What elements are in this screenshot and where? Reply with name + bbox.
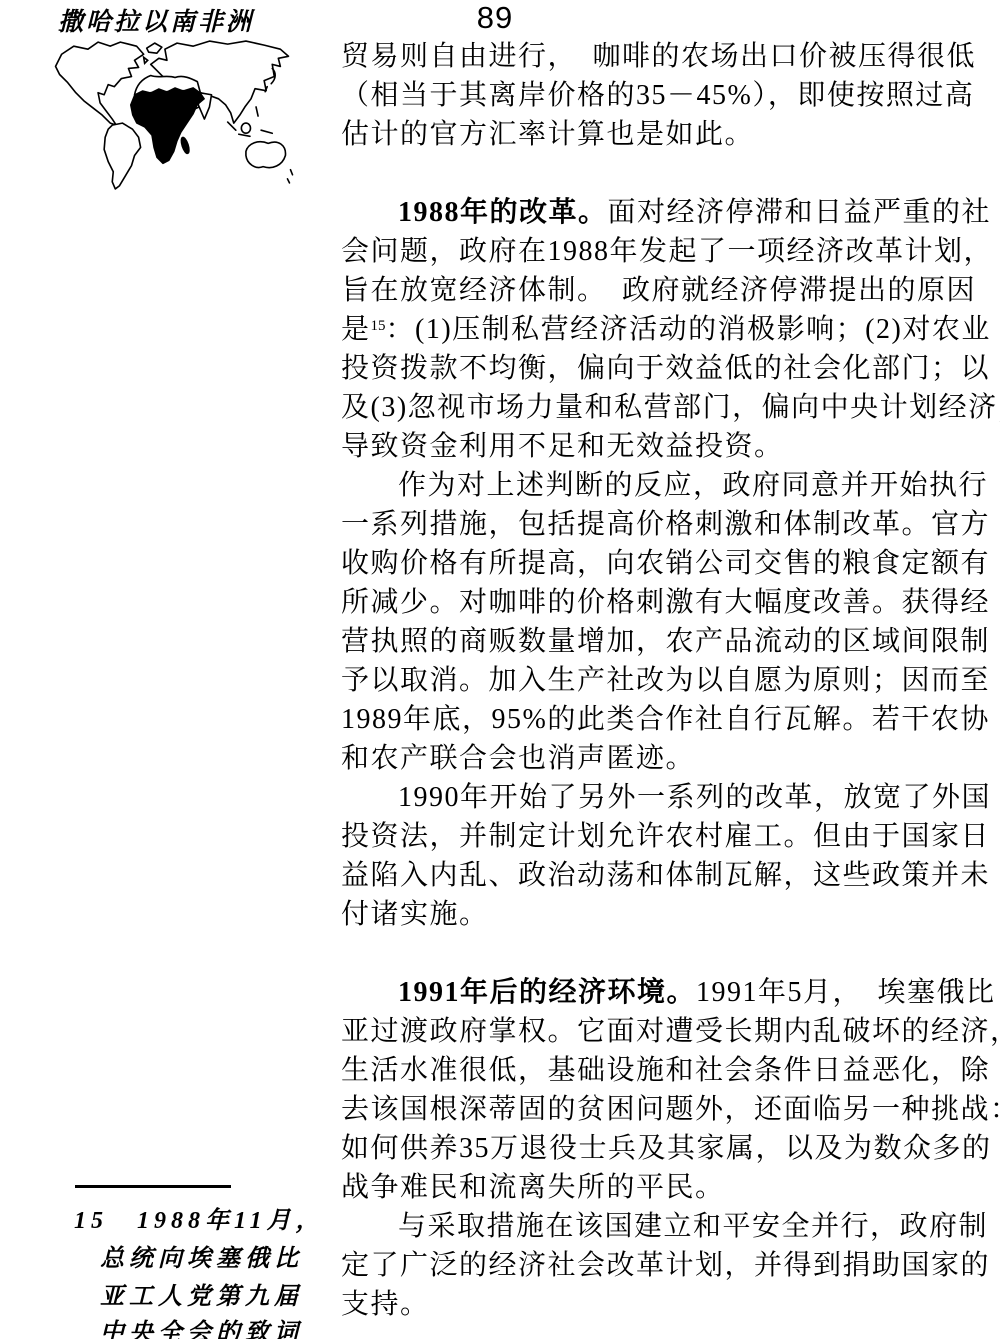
scanned-book-page: 撒哈拉以南非洲 (0, 0, 1000, 1339)
text-segment: 贸易则自由进行， 咖啡的农场出口价被压得很低 (341, 41, 976, 72)
section-heading: 1988年的改革。 (398, 197, 608, 228)
text-segment: 收购价格有所提高，向农销公司交售的粮食定额有 (341, 548, 990, 579)
text-line: 付诸实施。 (341, 895, 996, 934)
text-segment: 营执照的商贩数量增加，农产品流动的区域间限制 (341, 626, 990, 657)
borneo-outline (241, 123, 250, 133)
text-line: 作为对上述判断的反应，政府同意并开始执行 (341, 466, 996, 505)
text-line: 估计的官方汇率计算也是如此。 (341, 115, 996, 154)
section-heading: 1991年后的经济环境。 (398, 977, 696, 1008)
text-segment: 益陷入内乱、政治动荡和体制瓦解，这些政策并未 (341, 860, 990, 891)
text-line: 旨在放宽经济体制。 政府就经济停滞提出的原因 (341, 271, 996, 310)
text-line: 定了广泛的经济社会改革计划，并得到捐助国家的 (341, 1246, 996, 1285)
text-segment: 及(3)忽视市场力量和私营部门，偏向中央计划经济， (341, 392, 1000, 423)
footnote-separator (75, 1185, 231, 1188)
text-line: 和农产联合会也消声匿迹。 (341, 739, 996, 778)
text-line: 益陷入内乱、政治动荡和体制瓦解，这些政策并未 (341, 856, 996, 895)
main-text-lines: 贸易则自由进行， 咖啡的农场出口价被压得很低（相当于其离岸价格的35－45%），… (341, 37, 996, 1324)
text-line: 战争难民和流离失所的平民。 (341, 1168, 996, 1207)
text-segment: 所减少。对咖啡的价格刺激有大幅度改善。获得经 (341, 587, 990, 618)
text-line: 予以取消。加入生产社改为以自愿为原则；因而至 (341, 661, 996, 700)
footnote-line: 中央全会的致词 (100, 1312, 303, 1339)
text-line: 投资法，并制定计划允许农村雇工。但由于国家日 (341, 817, 996, 856)
text-line: 如何供养35万退役士兵及其家属，以及为数众多的 (341, 1129, 996, 1168)
text-segment: 亚过渡政府掌权。它面对遭受长期内乱破坏的经济， (341, 1016, 1000, 1047)
text-segment: ：(1)压制私营经济活动的消极影响；(2)对农业 (386, 314, 991, 345)
new-zealand-outline (287, 170, 292, 183)
text-line: 营执照的商贩数量增加，农产品流动的区域间限制 (341, 622, 996, 661)
world-map-svg (44, 34, 300, 194)
greenland-outline (147, 43, 162, 53)
text-segment: 投资拨款不均衡，偏向于效益低的社会化部门；以 (341, 353, 990, 384)
philippines-outline (256, 107, 258, 116)
text-line: 一系列措施，包括提高价格刺激和体制改革。官方 (341, 505, 996, 544)
region-title: 撒哈拉以南非洲 (58, 2, 254, 38)
text-segment: 估计的官方汇率计算也是如此。 (341, 119, 754, 150)
text-line: 与采取措施在该国建立和平安全并行，政府制 (341, 1207, 996, 1246)
text-segment: 去该国根深蒂固的贫困问题外，还面临另一种挑战： (341, 1094, 1000, 1125)
text-line: 1991年后的经济环境。1991年5月， 埃塞俄比 (341, 973, 996, 1012)
text-segment: 是 (341, 314, 371, 345)
text-line: 是15：(1)压制私营经济活动的消极影响；(2)对农业 (341, 310, 996, 349)
text-line: 会问题，政府在1988年发起了一项经济改革计划， (341, 232, 996, 271)
text-segment: 一系列措施，包括提高价格刺激和体制改革。官方 (341, 509, 990, 540)
footnote-line: 总统向埃塞俄比 (100, 1238, 303, 1273)
text-line: 支持。 (341, 1285, 996, 1324)
text-segment: 导致资金利用不足和无效益投资。 (341, 431, 784, 462)
madagascar-filled (179, 136, 190, 154)
sub-saharan-africa-filled (130, 88, 204, 164)
text-segment: 支持。 (341, 1289, 430, 1320)
text-segment: （相当于其离岸价格的35－45%），即使按照过高 (341, 80, 974, 111)
australia-outline (246, 142, 286, 168)
world-map-image (44, 34, 300, 194)
main-text-column: 贸易则自由进行， 咖啡的农场出口价被压得很低（相当于其离岸价格的35－45%），… (341, 37, 996, 1324)
text-segment: 1991年5月， 埃塞俄比 (696, 977, 996, 1008)
text-segment: 面对经济停滞和日益严重的社 (608, 197, 992, 228)
north-america-outline (56, 42, 144, 125)
page-number: 89 (430, 0, 560, 36)
text-line: 贸易则自由进行， 咖啡的农场出口价被压得很低 (341, 37, 996, 76)
text-line: 亚过渡政府掌权。它面对遭受长期内乱破坏的经济， (341, 1012, 996, 1051)
uk-outline (144, 57, 148, 63)
text-segment: 和农产联合会也消声匿迹。 (341, 743, 695, 774)
footnote-line: 亚工人党第九届 (100, 1276, 303, 1311)
text-line: （相当于其离岸价格的35－45%），即使按照过高 (341, 76, 996, 115)
blank-line (341, 154, 996, 193)
footnote-reference: 15 (371, 318, 386, 334)
text-line: 1990年开始了另外一系列的改革，放宽了外国 (341, 778, 996, 817)
text-segment: 1989年底，95%的此类合作社自行瓦解。若干农协 (341, 704, 990, 735)
footnote-line: 15 1988年11月， (74, 1200, 325, 1235)
text-segment: 付诸实施。 (341, 899, 489, 930)
text-line: 及(3)忽视市场力量和私营部门，偏向中央计划经济， (341, 388, 996, 427)
text-segment: 旨在放宽经济体制。 政府就经济停滞提出的原因 (341, 275, 976, 306)
text-segment: 1990年开始了另外一系列的改革，放宽了外国 (398, 782, 991, 813)
text-line: 所减少。对咖啡的价格刺激有大幅度改善。获得经 (341, 583, 996, 622)
new-guinea-outline (261, 130, 272, 133)
text-segment: 予以取消。加入生产社改为以自愿为原则；因而至 (341, 665, 990, 696)
text-segment: 投资法，并制定计划允许农村雇工。但由于国家日 (341, 821, 990, 852)
text-segment: 战争难民和流离失所的平民。 (341, 1172, 725, 1203)
text-line: 去该国根深蒂固的贫困问题外，还面临另一种挑战： (341, 1090, 996, 1129)
text-line: 导致资金利用不足和无效益投资。 (341, 427, 996, 466)
text-line: 收购价格有所提高，向农销公司交售的粮食定额有 (341, 544, 996, 583)
text-segment: 生活水准很低，基础设施和社会条件日益恶化，除 (341, 1055, 990, 1086)
text-line: 1989年底，95%的此类合作社自行瓦解。若干农协 (341, 700, 996, 739)
text-line: 投资拨款不均衡，偏向于效益低的社会化部门；以 (341, 349, 996, 388)
text-segment: 会问题，政府在1988年发起了一项经济改革计划， (341, 236, 993, 267)
blank-line (341, 934, 996, 973)
south-america-outline (104, 123, 140, 189)
text-segment: 定了广泛的经济社会改革计划，并得到捐助国家的 (341, 1250, 990, 1281)
text-segment: 如何供养35万退役士兵及其家属，以及为数众多的 (341, 1133, 992, 1164)
text-segment: 作为对上述判断的反应，政府同意并开始执行 (398, 470, 988, 501)
text-line: 1988年的改革。面对经济停滞和日益严重的社 (341, 193, 996, 232)
text-line: 生活水准很低，基础设施和社会条件日益恶化，除 (341, 1051, 996, 1090)
text-segment: 与采取措施在该国建立和平安全并行，政府制 (398, 1211, 988, 1242)
